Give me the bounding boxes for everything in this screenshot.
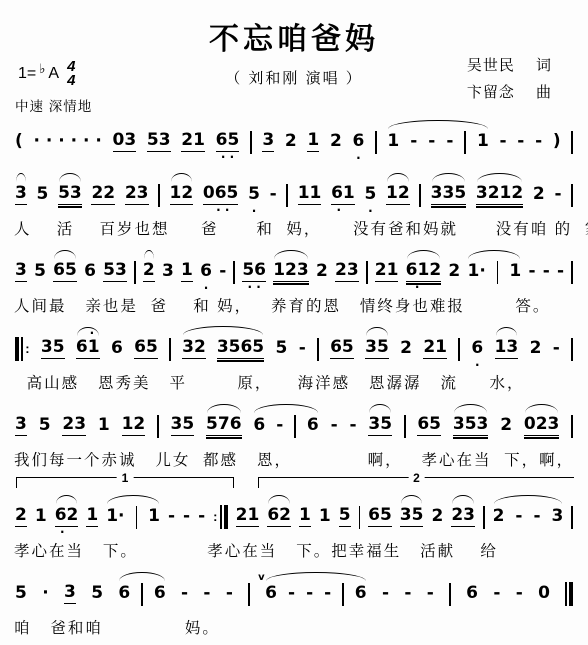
note-token: -	[288, 583, 295, 604]
note-token: 2	[400, 338, 412, 359]
note-token: 1	[307, 130, 319, 152]
lyricist-credit: 吴世民 词	[467, 52, 552, 79]
credits: 吴世民 词 卞留念 曲	[467, 52, 552, 106]
note-token: -	[516, 583, 523, 604]
note-token: 1	[387, 131, 399, 152]
note-token: 6	[154, 583, 166, 604]
lyrics-row: 人 活 百岁也想 爸 和 妈， 没有爸和妈就 没有咱 的 家，	[14, 217, 574, 239]
meter-bottom: 4	[67, 74, 75, 88]
note-token: -	[276, 415, 283, 436]
barline	[136, 506, 138, 529]
note-token: 2	[533, 184, 545, 205]
note-token: -	[493, 583, 500, 604]
barline	[571, 184, 573, 207]
note-token: -	[554, 184, 561, 205]
note-token: -	[226, 583, 233, 604]
octave-dot-above: ·	[81, 330, 94, 336]
slur-group: 6-6	[253, 415, 318, 436]
key-prefix: 1=	[18, 65, 36, 83]
barline	[141, 583, 143, 606]
note-token: 065 · ·	[203, 183, 239, 205]
note-token: -	[428, 131, 435, 152]
barline	[419, 184, 421, 207]
barline	[571, 131, 573, 154]
barline	[571, 338, 573, 361]
note-token: 612·	[406, 260, 442, 282]
repeat-dots: :	[25, 337, 29, 361]
note-token: -	[382, 583, 389, 604]
octave-dot-below: ·	[475, 362, 480, 368]
volta-number-1: 1	[117, 471, 134, 485]
note-token: 576	[206, 414, 242, 436]
note-token: 1	[509, 261, 521, 282]
notation-row: 35656532316·-56· ·12322321612· 21·1---	[14, 248, 574, 292]
repeat-end-sign: :	[213, 505, 228, 529]
note-token: 2	[500, 415, 512, 436]
barline	[497, 261, 499, 284]
note-token: -	[500, 131, 507, 152]
note-token: 23	[125, 183, 149, 205]
note-token: 3565	[217, 337, 264, 359]
barline	[248, 583, 250, 606]
note-token: 03	[113, 130, 137, 152]
score-line-intro: (· · · · · ·03532165· ·32126·1---1---)	[14, 118, 574, 162]
octave-dot-below: ·	[60, 529, 73, 535]
note-token: 32	[182, 337, 206, 359]
note-token: 5	[276, 338, 288, 359]
note-token: 1	[477, 131, 489, 152]
note-token: -	[557, 261, 564, 282]
lyrics-row: 孝心在当 下。 孝心在当 下。把幸福生 活献 给	[14, 539, 574, 561]
thin-bar	[220, 505, 222, 529]
barline	[483, 506, 485, 529]
note-token: 35	[400, 505, 424, 527]
note-token: 56· ·	[242, 260, 266, 282]
repeat-dots: :	[213, 505, 217, 529]
repeat-start-sign: :	[15, 337, 30, 361]
note-token: 6	[253, 415, 265, 436]
thick-bar	[569, 582, 573, 606]
note-token: 1	[148, 506, 160, 527]
note-token: 2	[330, 131, 342, 152]
note-token: 22	[91, 183, 115, 205]
octave-dot-below: ·	[204, 285, 209, 291]
breath-mark: v	[258, 575, 265, 581]
note-token: 61 ·	[76, 337, 100, 359]
note-token: -	[181, 583, 188, 604]
barline	[342, 583, 344, 606]
note-token: -	[528, 261, 535, 282]
note-token: 12	[122, 414, 146, 436]
note-token: 1	[319, 506, 331, 527]
notation-row: 5·3566---6v---6---6--0	[14, 570, 574, 614]
barline	[458, 338, 460, 361]
note-token: 2	[15, 505, 27, 527]
note-token: 1	[98, 415, 110, 436]
note-token: 1	[86, 505, 98, 527]
note-token: -	[515, 506, 522, 527]
note-token: 23	[451, 505, 475, 527]
note-token: 1	[181, 260, 193, 282]
note-token: 6	[307, 415, 319, 436]
score-header: 不忘咱爸妈 （ 刘和刚 演唱 ） 吴世民 词 卞留念 曲 1=♭A 4 4 中速…	[0, 0, 588, 118]
note-token: -	[446, 131, 453, 152]
note-token: 1·	[467, 261, 485, 282]
note-token: 2	[493, 506, 505, 527]
barline	[250, 131, 252, 154]
note-token: 65· ·	[216, 130, 240, 152]
note-token: ·	[42, 583, 48, 604]
note-token: 1·	[106, 506, 124, 527]
note-token: 1	[35, 506, 47, 527]
thin-bar	[21, 337, 23, 361]
score-line: :3561 ·6653235655-65352216·132- 高山感 恩秀美 …	[14, 325, 574, 393]
note-token: 6·	[353, 131, 365, 152]
note-token: 53	[103, 260, 127, 282]
composer-credit: 卞留念 曲	[467, 79, 552, 106]
note-token: 5	[339, 505, 351, 527]
note-token: 12	[386, 183, 410, 205]
score-line: 3523112355766-6--35653532023 我们每一个赤诚 儿女 …	[14, 402, 574, 470]
barline	[464, 131, 466, 154]
score-line-final: 5·3566---6v---6---6--0 咱 爸和咱 妈。	[14, 570, 574, 638]
note-token: 21	[423, 337, 447, 359]
barline	[449, 583, 451, 606]
note-token: -	[410, 131, 417, 152]
note-token: 6	[111, 338, 123, 359]
note-token: 65	[53, 260, 77, 282]
barline	[366, 261, 368, 284]
note-token: 2	[285, 131, 297, 152]
note-token: 2	[530, 338, 542, 359]
tempo-marking: 中速 深情地	[15, 95, 92, 115]
note-token: 65	[417, 414, 441, 436]
note-token: 3	[64, 582, 76, 604]
barline	[404, 415, 406, 438]
note-token: -	[543, 261, 550, 282]
note-token: 1	[299, 505, 311, 527]
note-token: 11	[298, 183, 322, 205]
barline	[158, 184, 160, 207]
barline	[294, 415, 296, 438]
volta-number-2: 2	[408, 471, 425, 485]
note-token: 65	[368, 505, 392, 527]
note-token: -	[219, 261, 226, 282]
score-body: (· · · · · ·03532165· ·32126·1---1---) 3…	[0, 118, 588, 638]
note-token: (	[15, 131, 23, 152]
note-token: 53	[58, 183, 82, 205]
lyrics-row: 我们每一个赤诚 儿女 都感 恩， 啊， 孝心在当 下，啊，	[14, 448, 574, 470]
note-token: 35	[41, 337, 65, 359]
note-token: 21	[236, 505, 260, 527]
slur-group: 66	[118, 583, 165, 604]
note-token: 3	[15, 183, 27, 205]
flat-sign: ♭	[39, 61, 45, 77]
score-line: 35656532316·-56· ·12322321612· 21·1--- 人…	[14, 248, 574, 316]
note-token: 123	[273, 260, 309, 282]
note-token: -	[535, 131, 542, 152]
octave-dot-below: ·	[336, 207, 349, 213]
note-token: 353	[453, 414, 489, 436]
note-token: 2	[143, 260, 155, 282]
note-token: 6·	[200, 261, 212, 282]
note-token: 65	[134, 337, 158, 359]
note-token: 6	[84, 261, 96, 282]
barline	[286, 184, 288, 207]
note-token: 2	[448, 261, 460, 282]
note-token: 5·	[248, 184, 260, 205]
note-token: 21	[181, 130, 205, 152]
barline	[134, 261, 136, 284]
notation-row: 2162· 11·1---:216211565352232--3	[14, 493, 574, 537]
note-token: 35	[368, 414, 392, 436]
octave-dot-below: ·	[415, 284, 432, 290]
note-token: -	[331, 415, 338, 436]
note-token: -	[427, 583, 434, 604]
key-note: A	[48, 65, 59, 83]
note-token: 23	[62, 414, 86, 436]
octave-dot-below: ·	[356, 155, 361, 161]
volta-bracket-2: 2	[258, 477, 574, 488]
note-token: 5	[34, 261, 46, 282]
score-line: 3553222312065 · ·5·-1161· 5·1233532122- …	[14, 171, 574, 239]
barline	[375, 131, 377, 154]
note-token: -	[404, 583, 411, 604]
note-token: 21	[375, 260, 399, 282]
note-token: 6·	[471, 338, 483, 359]
note-token: 2	[316, 261, 328, 282]
note-token: 3	[15, 414, 27, 436]
note-token: 62·	[55, 505, 79, 527]
note-token: -	[299, 338, 306, 359]
note-token: -	[306, 583, 313, 604]
barline	[571, 506, 573, 529]
note-token: -	[203, 583, 210, 604]
notation-row: :3561 ·6653235655-65352216·132-	[14, 325, 574, 369]
note-token: -	[553, 338, 560, 359]
song-title: 不忘咱爸妈	[0, 0, 588, 58]
note-token: 61·	[331, 183, 355, 205]
octave-dot-below: ·	[368, 208, 373, 214]
note-token: )	[553, 131, 561, 152]
note-token: 023	[524, 414, 560, 436]
note-token: -	[533, 506, 540, 527]
note-token: 0	[538, 583, 550, 604]
octave-dot-below: · ·	[221, 154, 234, 160]
note-token: -	[168, 506, 175, 527]
notation-row: 3553222312065 · ·5·-1161· 5·1233532122-	[14, 171, 574, 215]
note-token: 6	[355, 583, 367, 604]
barline	[233, 261, 235, 284]
note-token: -	[270, 184, 277, 205]
note-token: 5	[91, 583, 103, 604]
note-token: 5	[37, 184, 49, 205]
note-token: 53	[147, 130, 171, 152]
note-token: 2	[431, 506, 443, 527]
notation-row: 3523112355766-6--35653532023	[14, 402, 574, 446]
note-token: 3	[552, 506, 564, 527]
note-token: 23	[335, 260, 359, 282]
note-token: 12	[170, 183, 194, 205]
note-token: 6	[466, 583, 478, 604]
octave-dot-below: · ·	[212, 207, 229, 213]
note-token: 6v	[265, 583, 277, 604]
slur-group: 323565	[182, 337, 264, 359]
note-token: 6	[118, 583, 130, 604]
lyrics-row: 高山感 恩秀美 平 原， 海洋感 恩潺潺 流 水，	[14, 371, 574, 393]
volta-bracket-1: 1	[16, 477, 234, 488]
slur-group: 1·1	[106, 506, 160, 527]
score-line-endings: 1 2 2162· 11·1---:216211565352232--3 孝心在…	[14, 479, 574, 561]
barline	[359, 506, 361, 529]
octave-dot-below: ·	[252, 208, 257, 214]
note-token: 35	[365, 337, 389, 359]
thick-bar	[224, 505, 228, 529]
note-token: -	[198, 506, 205, 527]
note-token: 35	[171, 414, 195, 436]
barline	[571, 415, 573, 438]
note-token: 65	[330, 337, 354, 359]
slur-group: 1---1	[387, 131, 488, 152]
note-token: 5	[39, 415, 51, 436]
slur-group: 2--3	[493, 506, 564, 527]
note-token: -	[517, 131, 524, 152]
thick-bar	[15, 337, 19, 361]
octave-dot-below: · ·	[247, 284, 260, 290]
note-token: -	[349, 415, 356, 436]
key-signature: 1=♭A 4 4	[18, 60, 75, 89]
barline	[169, 338, 171, 361]
note-token: 5·	[364, 184, 376, 205]
barline	[571, 261, 573, 284]
note-token: -	[183, 506, 190, 527]
barline	[317, 338, 319, 361]
final-barline	[565, 582, 573, 606]
note-token: 3	[15, 260, 27, 282]
slur-group: 1·1	[467, 261, 521, 282]
lyrics-row: 咱 爸和咱 妈。	[14, 616, 574, 638]
note-token: 3	[262, 130, 274, 152]
note-token: 3212	[476, 183, 523, 205]
time-signature: 4 4	[67, 60, 75, 89]
barline	[157, 415, 159, 438]
note-token: -	[324, 583, 331, 604]
note-token: 3	[162, 261, 174, 282]
notation-row: (· · · · · ·03532165· ·32126·1---1---)	[14, 118, 574, 162]
note-token: 62	[267, 505, 291, 527]
thin-bar	[565, 582, 567, 606]
note-token: 5	[15, 583, 27, 604]
note-token: 335	[431, 183, 467, 205]
note-token: 13	[495, 337, 519, 359]
note-token: · · · · · ·	[33, 131, 101, 152]
lyrics-row: 人间最 亲也是 爸 和 妈， 养育的恩 情终身也难报 答。	[14, 294, 574, 316]
slur-group: 6v---6	[265, 583, 366, 604]
